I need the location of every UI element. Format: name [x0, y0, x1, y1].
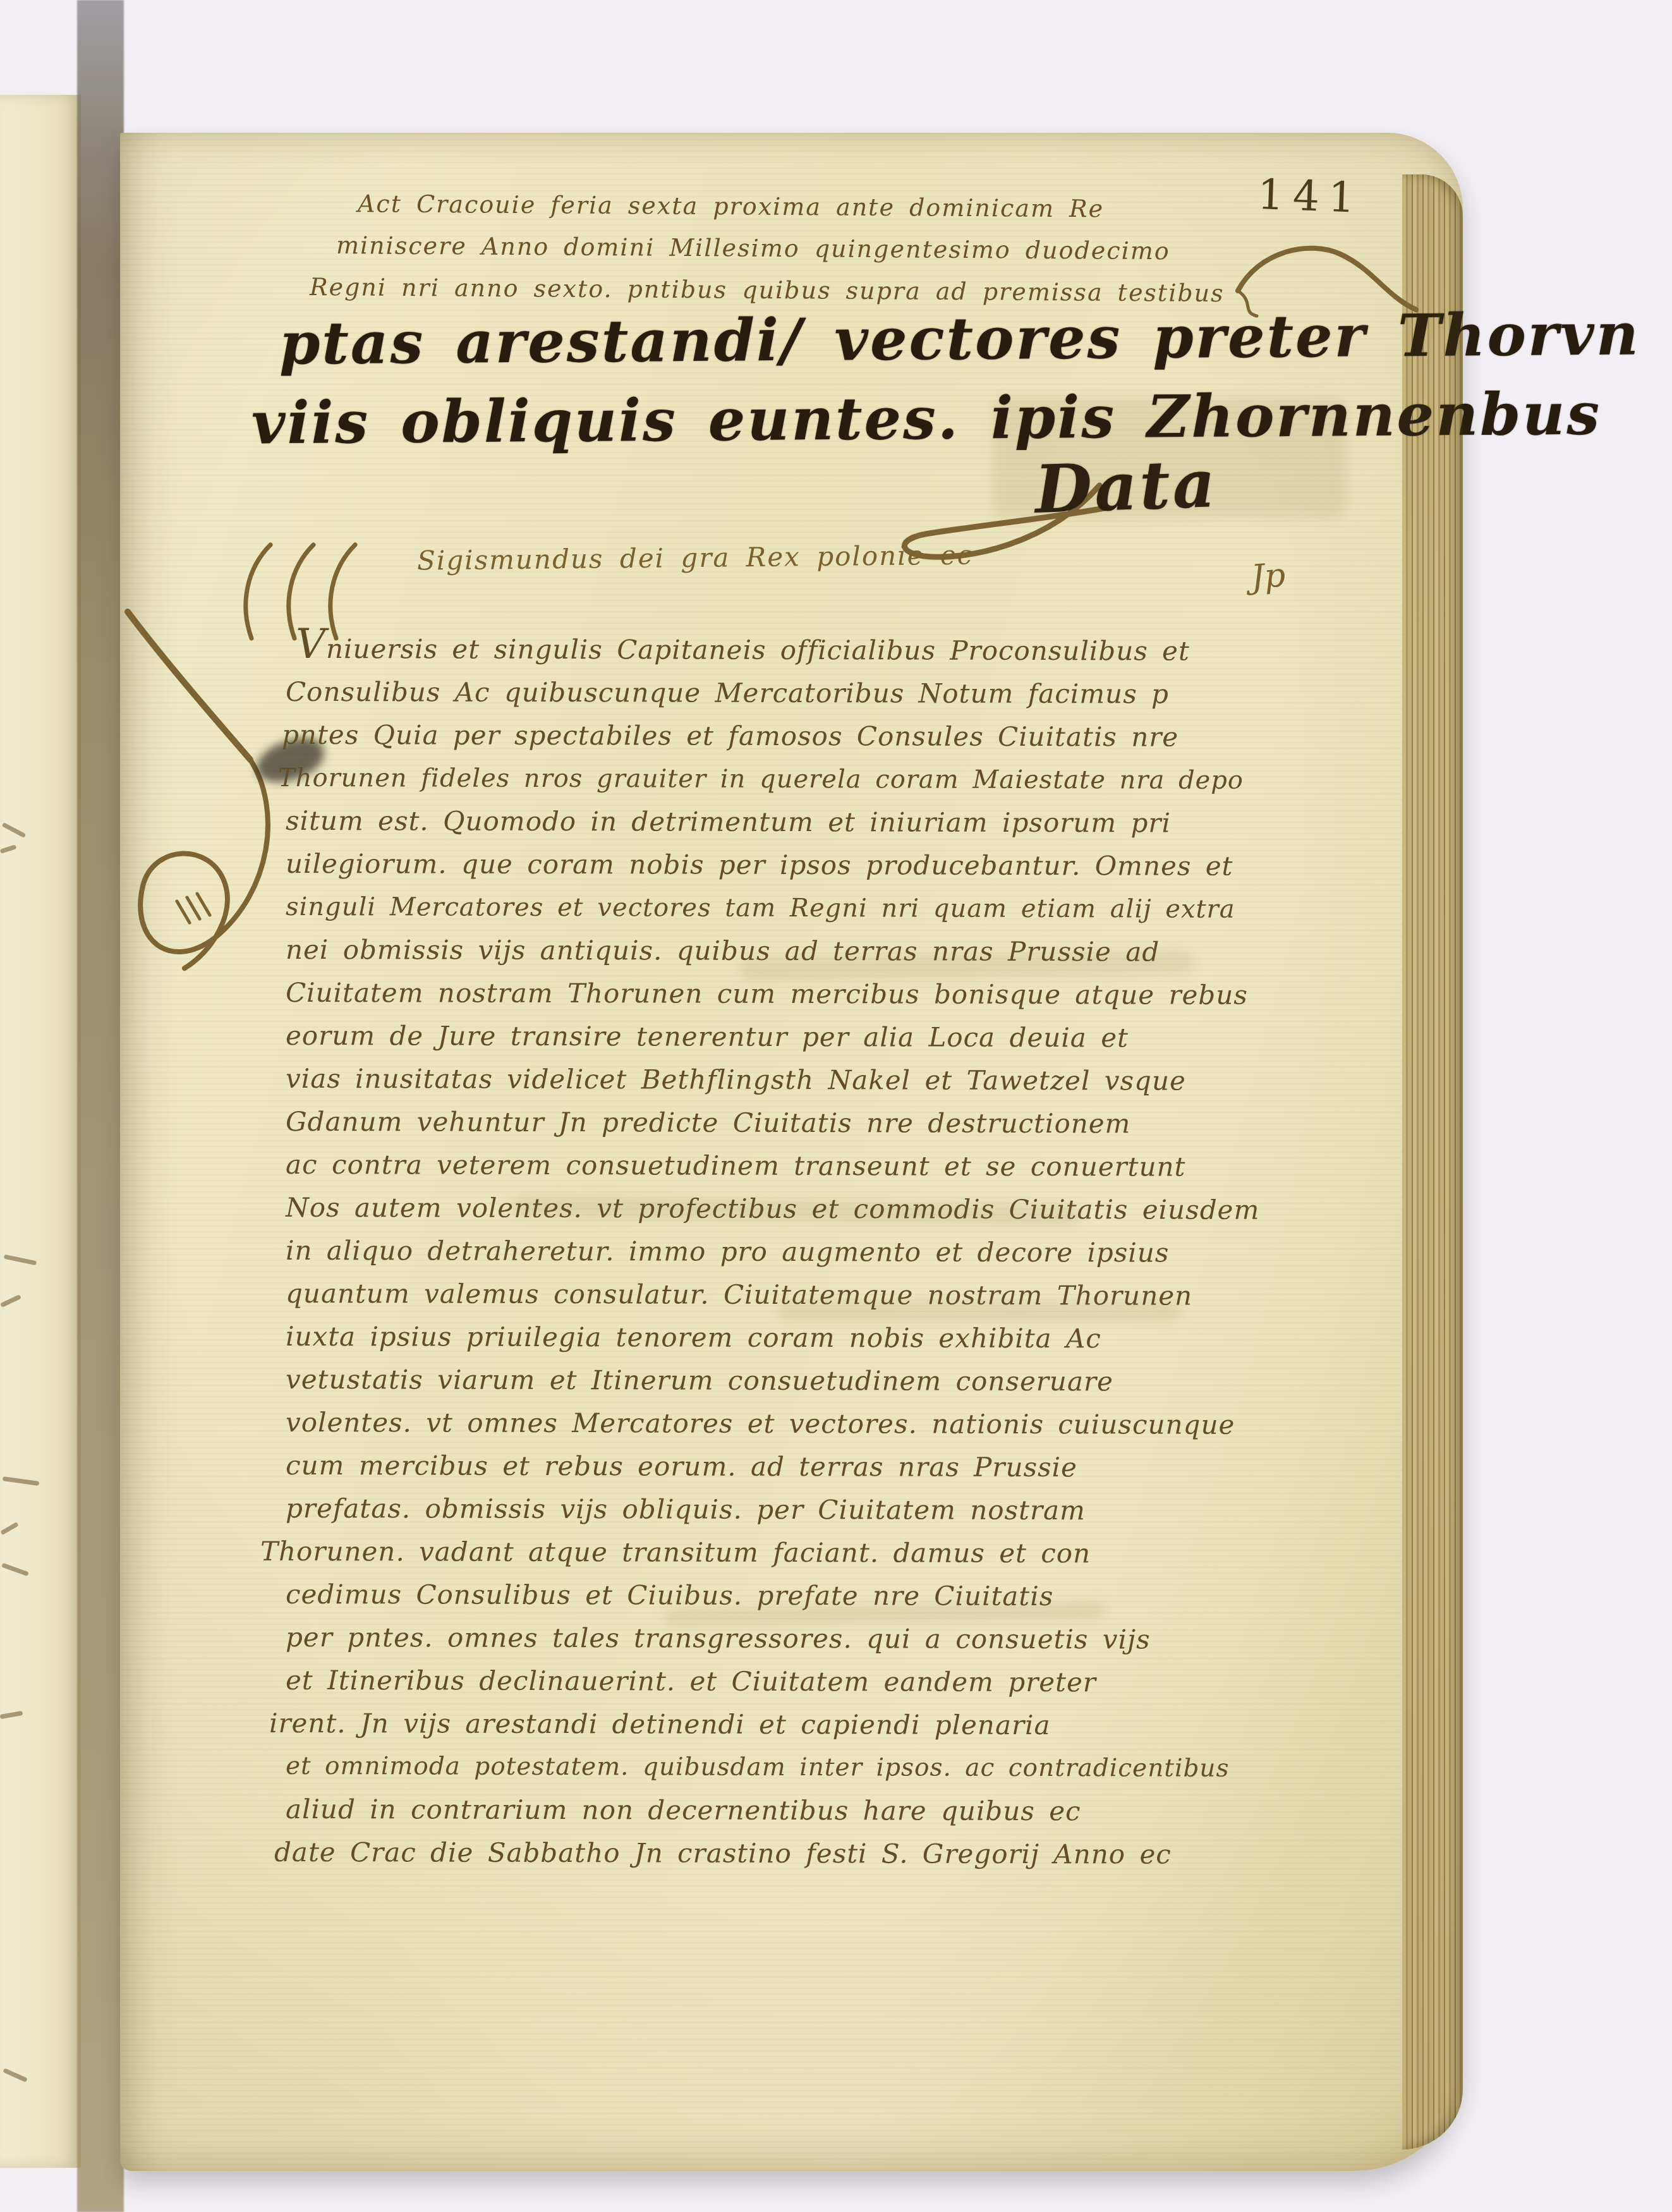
body-line: vetustatis viarum et Itinerum consuetudi… — [286, 1358, 1284, 1404]
facing-page-ink-trace — [3, 2068, 27, 2082]
datum-word: Data — [1034, 444, 1219, 528]
body-line: date Crac die Sabbatho Jn crastino festi… — [274, 1831, 1284, 1876]
facing-page-ink-trace — [0, 844, 16, 854]
body-line: volentes. vt omnes Mercatores et vectore… — [286, 1401, 1284, 1447]
body-line: aliud in contrarium non decernentibus ha… — [286, 1788, 1284, 1833]
title-line: viis obliquis euntes. ipis Zhornnenbus — [251, 380, 1602, 458]
body-line: Gdanum vehuntur Jn predicte Ciuitatis nr… — [286, 1100, 1284, 1146]
body-text: Vniuersis et singulis Capitaneis officia… — [286, 624, 1284, 1875]
body-line: cedimus Consulibus et Ciuibus. prefate n… — [286, 1573, 1284, 1619]
book-gutter — [77, 0, 124, 2212]
body-line: et omnimoda potestatem. quibusdam inter … — [286, 1745, 1284, 1790]
body-line: per pntes. omnes tales transgressores. q… — [286, 1616, 1284, 1662]
facing-page-edge — [0, 95, 81, 2168]
body-line: et Itineribus declinauerint. et Ciuitate… — [286, 1659, 1284, 1705]
facing-page-ink-trace — [4, 1255, 37, 1266]
margin-abbreviation-mark: Jp — [1250, 556, 1287, 597]
facing-page-ink-trace — [0, 1294, 21, 1308]
body-line: Thorunen fideles nros grauiter in querel… — [278, 757, 1284, 802]
body-line: singuli Mercatores et vectores tam Regni… — [286, 885, 1284, 931]
manuscript-photo: 141 Act Cracouie feria sexta proxima ant… — [0, 0, 1672, 2212]
body-line: in aliquo detraheretur. immo pro augment… — [286, 1229, 1284, 1275]
body-line: Ciuitatem nostram Thorunen cum mercibus … — [286, 971, 1284, 1017]
margin-paraph — [116, 594, 306, 1011]
facing-page-ink-trace — [2, 822, 27, 838]
body-line: vias inusitatas videlicet Bethflingsth N… — [286, 1057, 1284, 1103]
body-line: eorum de Jure transire tenerentur per al… — [286, 1014, 1284, 1060]
folio-number: 141 — [1257, 170, 1365, 222]
body-line: pntes Quia per spectabiles et famosos Co… — [282, 714, 1284, 759]
page-fore-edge — [1402, 174, 1463, 2149]
body-line: iuxta ipsius priuilegia tenorem coram no… — [286, 1315, 1284, 1361]
body-line: quantum valemus consulatur. Ciuitatemque… — [286, 1272, 1284, 1318]
body-line: Nos autem volentes. vt profectibus et co… — [286, 1186, 1284, 1232]
header-line: Act Cracouie feria sexta proxima ante do… — [358, 183, 1225, 231]
body-line: cum mercibus et rebus eorum. ad terras n… — [286, 1444, 1284, 1490]
facing-page-ink-trace — [0, 1711, 23, 1719]
facing-page-ink-trace — [0, 1522, 18, 1535]
act-header: Act Cracouie feria sexta proxima ante do… — [310, 186, 1225, 311]
body-line: nei obmissis vijs antiquis. quibus ad te… — [286, 928, 1284, 974]
facing-page-ink-trace — [3, 1476, 39, 1486]
title-line: ptas arestandi/ vectores preter Thorvn — [279, 300, 1640, 377]
body-line: Vniuersis et singulis Capitaneis officia… — [296, 623, 1284, 673]
body-line: ac contra veterem consuetudinem transeun… — [286, 1143, 1284, 1189]
body-line: uilegiorum. que coram nobis per ipsos pr… — [286, 842, 1284, 888]
body-line: Thorunen. vadant atque transitum faciant… — [260, 1530, 1284, 1576]
body-line: prefatas. obmissis vijs obliquis. per Ci… — [286, 1487, 1284, 1533]
facing-page-ink-trace — [1, 1563, 29, 1577]
body-line: irent. Jn vijs arestandi detinendi et ca… — [269, 1702, 1284, 1747]
body-line: Consulibus Ac quibuscunque Mercatoribus … — [286, 671, 1284, 716]
manuscript-page: 141 Act Cracouie feria sexta proxima ant… — [120, 133, 1463, 2171]
body-line: situm est. Quomodo in detrimentum et ini… — [286, 799, 1284, 845]
header-line: miniscere Anno domini Millesimo quingent… — [336, 224, 1225, 272]
salutation-line: Sigismundus dei gra Rex polonie ec — [417, 539, 974, 576]
